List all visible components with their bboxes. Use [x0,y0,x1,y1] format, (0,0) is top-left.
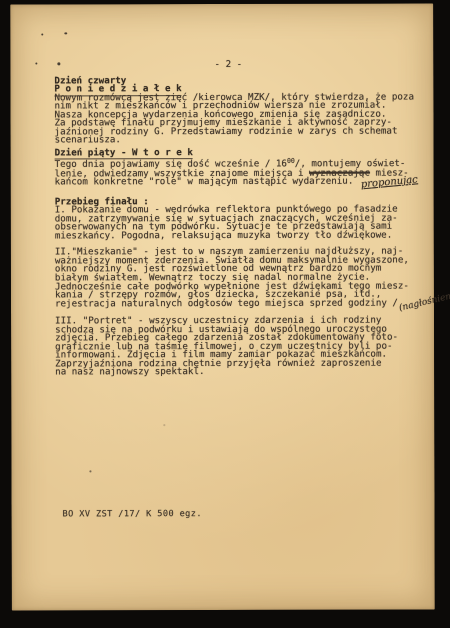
handwritten-annotation-naglosnienie: (nagłośnienie) [398,290,450,313]
document-line: rejestracja naturalnych odgłosów tego mi… [55,299,450,309]
handwritten-annotation-proponujac: proponując [361,176,419,190]
document-line: mieszkańcy. Pogodna, relaksująca muzyka … [55,231,392,240]
sup-text: 00 [287,157,295,165]
ink-speck [41,33,43,35]
text-run: - 2 - [215,59,243,70]
ink-speck [89,470,91,472]
text-run: kańcom konkretne "role" w mającym nastąp… [55,176,359,188]
ink-speck [35,62,37,64]
ink-speck [64,32,67,34]
text-run: na nasz najnowszy spektakl. [55,367,204,378]
page-number: - 2 - [42,60,414,70]
text-run: mieszkańcy. Pogodna, relaksująca muzyka … [55,229,392,241]
document-line: na nasz najnowszy spektakl. [55,369,204,378]
typewritten-text: - 2 -Dzień czwartyP o n i e d z i a ł e … [54,60,427,377]
text-run: rejestracja naturalnych odgłosów tego mi… [55,297,398,309]
document-line: kańcom konkretne "role" w mającym nastąp… [55,178,416,187]
document-line: scenariusza. [55,137,121,146]
day-five-heading: Dzień piąty - W t o r e k [55,149,193,158]
text-run: scenariusza. [55,135,121,146]
ink-speck [163,424,165,426]
scanned-page: - 2 -Dzień czwartyP o n i e d z i a ł e … [10,3,435,610]
print-run-footer: BO XV ZST /17/ K 500 egz. [63,509,202,519]
